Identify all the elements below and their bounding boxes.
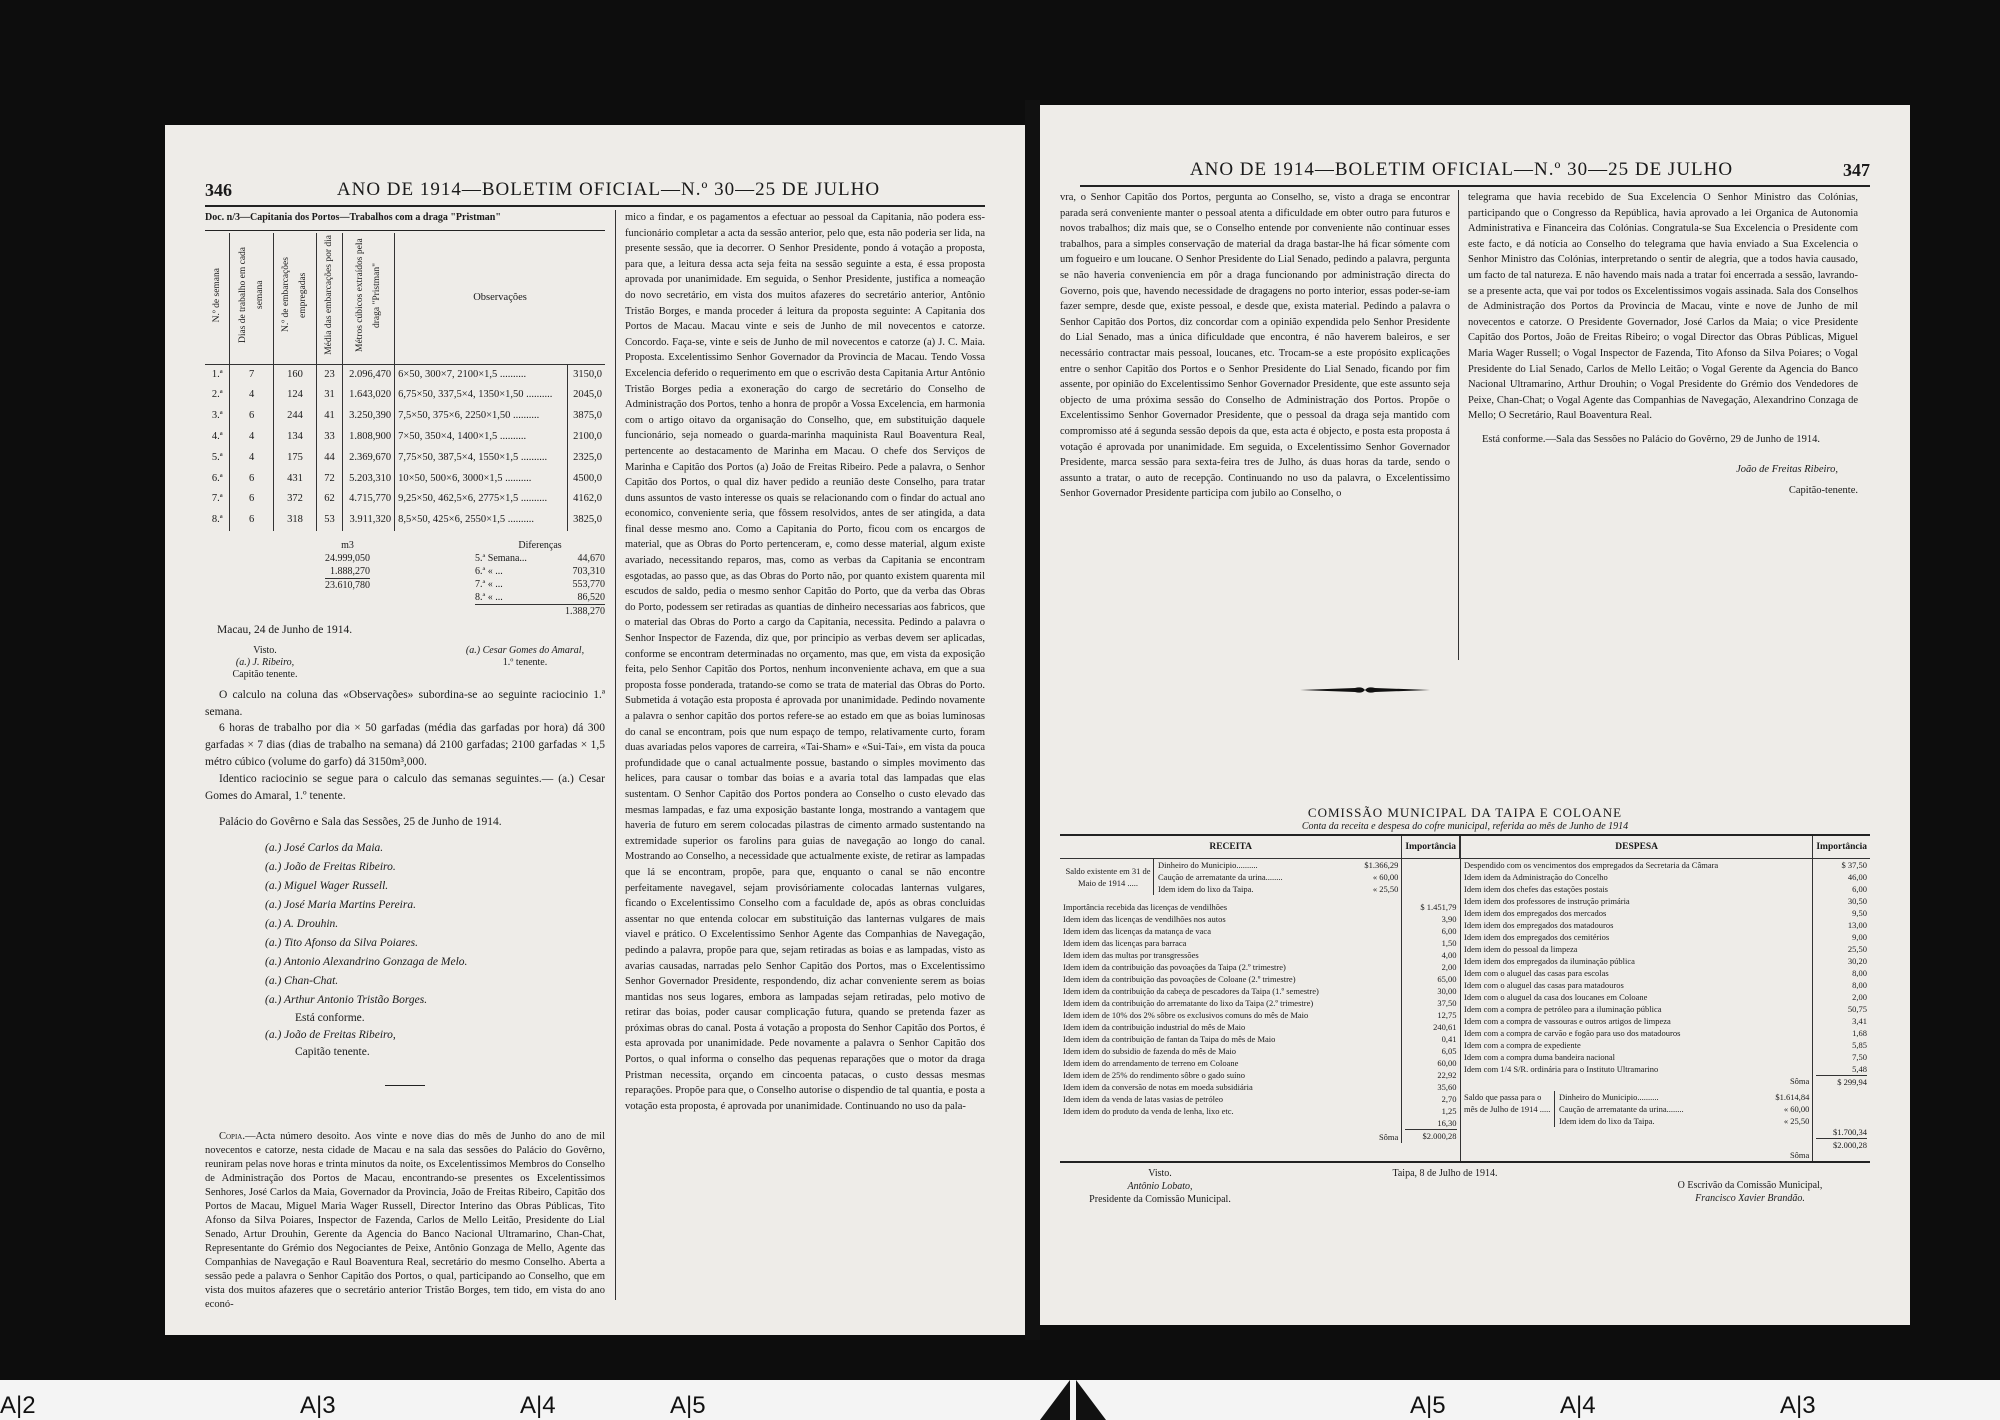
calc-note: O calculo na coluna das «Observações» su… — [205, 687, 605, 805]
right-page-col1: vra, o Senhor Capitão dos Portos, pergun… — [1060, 190, 1450, 502]
difference-label: 7.ª « ... — [475, 578, 503, 591]
note-paragraph: 6 horas de trabalho por dia × 50 garfada… — [205, 720, 605, 770]
despesa-row-value: 7,50 — [1816, 1051, 1867, 1063]
film-mark: A|5 — [670, 1392, 706, 1420]
receita-row-label: Idem idem de 10% dos 2% sôbre os exclusi… — [1063, 1009, 1398, 1021]
receita-row-label: Idem idem da contribuição industrial do … — [1063, 1021, 1398, 1033]
signatory: (a.) José Maria Martins Pereira. — [265, 896, 605, 915]
despesa-row-label: Idem idem do pessoal da limpeza — [1464, 943, 1809, 955]
table-row: 4.ª4134331.808,9007×50, 350×4, 1400×1,5 … — [205, 427, 605, 448]
column-rule — [1458, 190, 1459, 660]
col2-conforme: Está conforme.—Sala das Sessões no Palác… — [1468, 432, 1858, 448]
final-rank: Capitão tenente. — [205, 1044, 605, 1061]
account-item: Caução de arrematante da urina........« … — [1559, 1103, 1809, 1115]
note-paragraph: Identico raciocinio se segue para o calc… — [205, 771, 605, 805]
despesa-row-value: 46,00 — [1816, 871, 1867, 883]
despesa-row-label: Idem com a compra de petróleo para a ilu… — [1464, 1003, 1809, 1015]
despesa-header: DESPESA — [1461, 836, 1813, 859]
despesa-row-label: Idem com a compra de expediente — [1464, 1039, 1809, 1051]
table-cell: 53 — [317, 510, 342, 531]
table-cell: 4 — [230, 385, 273, 406]
despesa-subtotal: $ 299,94 — [1816, 1075, 1867, 1088]
difference-label: 6.ª « ... — [475, 565, 503, 578]
section-divider — [385, 1085, 425, 1086]
despesa-row-label: Idem idem dos professores de instrução p… — [1464, 895, 1809, 907]
despesa-subtotal-label: Sôma — [1464, 1075, 1809, 1087]
table-cell: 8.ª — [205, 510, 230, 531]
totals-block: m3 24.999,050 1.888,270 23.610,780 — [325, 539, 370, 618]
account-item: Dinheiro do Municipio..........$1.614,84 — [1559, 1091, 1809, 1103]
receita-row-value: 1,25 — [1405, 1105, 1456, 1117]
film-mark: A|5 — [1410, 1392, 1446, 1420]
observation-total: 3825,0 — [567, 510, 605, 531]
author-rank: 1.º tenente. — [445, 657, 605, 669]
receita-row-value: 6,00 — [1405, 925, 1456, 937]
clerk-role: O Escrivão da Comissão Municipal, — [1630, 1179, 1870, 1192]
table-cell: 7.ª — [205, 489, 230, 510]
running-header-left: 346 ANO DE 1914—BOLETIM OFICIAL—N.º 30—2… — [205, 165, 985, 207]
table-cell: 1.808,900 — [342, 427, 394, 448]
despesa-row-value: 3,41 — [1816, 1015, 1867, 1027]
table-cell: 6 — [230, 510, 273, 531]
despesa-importancia-header: Importância — [1813, 836, 1870, 859]
note-paragraph: O calculo na coluna das «Observações» su… — [205, 687, 605, 721]
observation-cell: 8,5×50, 425×6, 2550×1,5 .......... — [395, 510, 568, 531]
table-cell: 175 — [273, 448, 316, 469]
receita-row-value: 3,90 — [1405, 913, 1456, 925]
doc-title: Doc. n/3—Capitania dos Portos—Trabalhos … — [205, 210, 605, 231]
observation-total: 3875,0 — [567, 406, 605, 427]
receita-row-value: 6,05 — [1405, 1045, 1456, 1057]
account-item-value: « 25,50 — [1784, 1115, 1810, 1127]
receita-row-label: Idem idem da contribuição das povoações … — [1063, 973, 1398, 985]
account-item-value: $1.614,84 — [1775, 1091, 1809, 1103]
difference-value: 703,310 — [573, 565, 606, 578]
receita-row-value: 65,00 — [1405, 973, 1456, 985]
account-item-value: $1.366,29 — [1364, 859, 1398, 871]
column-header-label: Média das embarcações por dia — [321, 235, 338, 355]
commission-title: COMISSÃO MUNICIPAL DA TAIPA E COLOANE — [1060, 805, 1870, 821]
column-header: N.º de embarcações empregadas — [273, 233, 316, 364]
table-cell: 6 — [230, 406, 273, 427]
book-gutter — [1025, 100, 1040, 1340]
account-item-label: Caução de arrematante da urina........ — [1559, 1103, 1684, 1115]
receita-row-label: Idem idem de 25% do rendimento sôbre o g… — [1063, 1069, 1398, 1081]
difference-row: 7.ª « ...553,770 — [475, 578, 605, 591]
difference-value: 44,670 — [578, 552, 606, 565]
copia-text: —Acta número desoito. Aos vinte e nove d… — [205, 1131, 605, 1310]
table-cell: 1.ª — [205, 364, 230, 385]
observation-total: 4500,0 — [567, 469, 605, 490]
receita-row-value: $ 1.451,79 — [1405, 901, 1456, 913]
table-cell: 2.ª — [205, 385, 230, 406]
running-header-right: ANO DE 1914—BOLETIM OFICIAL—N.º 30—25 DE… — [1080, 145, 1870, 187]
receita-row-value: 37,50 — [1405, 997, 1456, 1009]
receita-row-label: Idem idem da conversão de notas em moeda… — [1063, 1081, 1398, 1093]
account-item-label: Dinheiro do Municipio.......... — [1559, 1091, 1659, 1103]
differences-title: Diferenças — [475, 539, 605, 552]
film-mark: A|3 — [300, 1392, 336, 1420]
account-item: Idem idem do lixo da Taipa.« 25,50 — [1158, 883, 1398, 895]
visto-rank: Capitão tenente. — [205, 669, 325, 681]
table-cell: 124 — [273, 385, 316, 406]
table-cell: 1.643,020 — [342, 385, 394, 406]
commission-subtitle: Conta da receita e despesa do cofre muni… — [1060, 821, 1870, 836]
receita-row-value: 2,70 — [1405, 1093, 1456, 1105]
receita-row-label: Idem idem da contribuição da cabeça de p… — [1063, 985, 1398, 997]
despesa-row-label: Idem com o aluguel da casa dos loucanes … — [1464, 991, 1809, 1003]
column-header: Dias de trabalho em cada semana — [230, 233, 273, 364]
saldo-label: Saldo existente em 31 de Maio de 1914 ..… — [1063, 859, 1153, 895]
table-cell: 2.369,670 — [342, 448, 394, 469]
receita-row-value: 35,60 — [1405, 1081, 1456, 1093]
despesa-row-label: Idem com o aluguel das casas para escola… — [1464, 967, 1809, 979]
observation-cell: 6,75×50, 337,5×4, 1350×1,50 .......... — [395, 385, 568, 406]
despesa-total-label: Sôma — [1464, 1149, 1809, 1161]
despesa-row-label: Despendido com os vencimentos dos empreg… — [1464, 859, 1809, 871]
ornament-divider — [1300, 685, 1430, 695]
receita-row-label: Idem idem do produto da venda de lenha, … — [1063, 1105, 1398, 1117]
final-signature: (a.) João de Freitas Ribeiro, — [205, 1027, 605, 1044]
account-item-value: « 25,50 — [1373, 883, 1399, 895]
table-cell: 5.ª — [205, 448, 230, 469]
difference-value: 553,770 — [573, 578, 606, 591]
column-header-label: Dias de trabalho em cada semana — [235, 235, 269, 355]
clerk-sig: Francisco Xavier Brandão. — [1630, 1192, 1870, 1205]
signatory: (a.) José Carlos da Maia. — [265, 839, 605, 858]
table-cell: 62 — [317, 489, 342, 510]
receita-row-value: 22,92 — [1405, 1069, 1456, 1081]
difference-row: 8.ª « ...86,520 — [475, 591, 605, 604]
despesa-row-label: Idem idem dos empregados da iluminação p… — [1464, 955, 1809, 967]
observation-cell: 10×50, 500×6, 3000×1,5 .......... — [395, 469, 568, 490]
despesa-row-value: $ 37,50 — [1816, 859, 1867, 871]
despesa-row-label: Idem com a compra duma bandeira nacional — [1464, 1051, 1809, 1063]
right-page-col2: telegrama que havia recebido de Sua Exce… — [1468, 190, 1858, 499]
despesa-row-value: 9,50 — [1816, 907, 1867, 919]
receita-row-label: Idem idem das licenças de vendilhões nos… — [1063, 913, 1398, 925]
table-row: 1.ª7160232.096,4706×50, 300×7, 2100×1,5 … — [205, 364, 605, 385]
column-header-label: Métros cúbicos extraídos pela draga "Pri… — [352, 235, 386, 355]
film-mark: A|4 — [520, 1392, 556, 1420]
film-mark: A|2 — [0, 1392, 36, 1420]
table-cell: 134 — [273, 427, 316, 448]
despesa-row-value: 5,85 — [1816, 1039, 1867, 1051]
account-item-label: Idem idem do lixo da Taipa. — [1158, 883, 1254, 895]
table-cell: 6 — [230, 489, 273, 510]
table-cell: 33 — [317, 427, 342, 448]
difference-row: 6.ª « ...703,310 — [475, 565, 605, 578]
signatory: (a.) Arthur Antonio Tristão Borges. — [265, 991, 605, 1010]
receita-row-value: 2,00 — [1405, 961, 1456, 973]
totals-minus: 1.888,270 — [325, 565, 370, 579]
film-strip: A|2A|3A|4A|5A|5A|4A|3 — [0, 1380, 2000, 1420]
table-cell: 2.096,470 — [342, 364, 394, 385]
difference-label: 5.ª Semana... — [475, 552, 527, 565]
receita-row-value: 30,00 — [1405, 985, 1456, 997]
running-title: ANO DE 1914—BOLETIM OFICIAL—N.º 30—25 DE… — [1080, 159, 1843, 181]
signatory: (a.) Chan-Chat. — [265, 972, 605, 991]
account-item-value: « 60,00 — [1784, 1103, 1810, 1115]
despesa-row-value: 50,75 — [1816, 1003, 1867, 1015]
place-date: Macau, 24 de Junho de 1914. — [205, 622, 605, 639]
despesa-row-label: Idem com 1/4 S/R. ordinária para o Insti… — [1464, 1063, 1809, 1075]
account-item: Dinheiro do Municipio..........$1.366,29 — [1158, 859, 1398, 871]
left-column: Doc. n/3—Capitania dos Portos—Trabalhos … — [205, 210, 605, 1312]
despesa-row-value: 2,00 — [1816, 991, 1867, 1003]
table-cell: 44 — [317, 448, 342, 469]
table-cell: 5.203,310 — [342, 469, 394, 490]
left-page: 346 ANO DE 1914—BOLETIM OFICIAL—N.º 30—2… — [165, 125, 1025, 1335]
column-header: Métros cúbicos extraídos pela draga "Pri… — [342, 233, 394, 364]
column-header: Média das embarcações por dia — [317, 233, 342, 364]
receita-row-label: Idem idem da contribuição das povoações … — [1063, 961, 1398, 973]
fin-visto-role: Presidente da Comissão Municipal. — [1060, 1193, 1260, 1206]
visto-signature: (a.) J. Ribeiro, — [205, 657, 325, 669]
film-mark: A|4 — [1560, 1392, 1596, 1420]
table-cell: 31 — [317, 385, 342, 406]
observation-cell: 7×50, 350×4, 1400×1,5 .......... — [395, 427, 568, 448]
table-row: 7.ª6372624.715,7709,25×50, 462,5×6, 2775… — [205, 489, 605, 510]
signatory: (a.) João de Freitas Ribeiro. — [265, 858, 605, 877]
table-cell: 4 — [230, 427, 273, 448]
despesa-row-value: 1,68 — [1816, 1027, 1867, 1039]
receita-row-label: Idem idem das multas por transgressões — [1063, 949, 1398, 961]
despesa-row-label: Idem com a compra de vassouras e outros … — [1464, 1015, 1809, 1027]
despesa-row-value: 25,50 — [1816, 943, 1867, 955]
account-item: Idem idem do lixo da Taipa.« 25,50 — [1559, 1115, 1809, 1127]
table-cell: 4 — [230, 448, 273, 469]
table-row: 6.ª6431725.203,31010×50, 500×6, 3000×1,5… — [205, 469, 605, 490]
visto-label: Visto. — [205, 645, 325, 657]
table-cell: 3.911,320 — [342, 510, 394, 531]
table-row: 5.ª4175442.369,6707,75×50, 387,5×4, 1550… — [205, 448, 605, 469]
right-page: ANO DE 1914—BOLETIM OFICIAL—N.º 30—25 DE… — [1040, 105, 1910, 1325]
observation-total: 2045,0 — [567, 385, 605, 406]
account-item-value: « 60,00 — [1373, 871, 1399, 883]
col2-signature: João de Freitas Ribeiro, — [1468, 462, 1858, 478]
receita-row-label — [1063, 1117, 1398, 1129]
despesa-row-label: Idem idem da Administração do Concelho — [1464, 871, 1809, 883]
differences-total: 1.388,270 — [475, 604, 605, 618]
despesa-row-label: Idem idem dos empregados dos cemitérios — [1464, 931, 1809, 943]
table-cell: 23 — [317, 364, 342, 385]
saldo-next-label: Saldo que passa para o mês de Julho de 1… — [1464, 1091, 1554, 1127]
receita-row-label: Idem idem da contribuição de fantan da T… — [1063, 1033, 1398, 1045]
despesa-total: $2.000,28 — [1816, 1138, 1867, 1151]
despesa-row-value: 9,00 — [1816, 931, 1867, 943]
fin-visto-sig: Antônio Lobato, — [1060, 1180, 1260, 1193]
running-title: ANO DE 1914—BOLETIM OFICIAL—N.º 30—25 DE… — [232, 179, 985, 201]
table-cell: 4.ª — [205, 427, 230, 448]
account-item-label: Dinheiro do Municipio.......... — [1158, 859, 1258, 871]
col2-text: telegrama que havia recebido de Sua Exce… — [1468, 190, 1858, 424]
observation-cell: 7,75×50, 387,5×4, 1550×1,5 .......... — [395, 448, 568, 469]
difference-label: 8.ª « ... — [475, 591, 503, 604]
page-number: 346 — [205, 180, 232, 201]
signatory: (a.) Antonio Alexandrino Gonzaga de Melo… — [265, 953, 605, 972]
receita-header: RECEITA — [1060, 836, 1402, 859]
table-cell: 72 — [317, 469, 342, 490]
signatory: (a.) A. Drouhin. — [265, 915, 605, 934]
despesa-row-value: 30,50 — [1816, 895, 1867, 907]
despesa-row-label: Idem idem dos chefes das estações postai… — [1464, 883, 1809, 895]
observation-total: 4162,0 — [567, 489, 605, 510]
receita-row-value: 16,30 — [1405, 1117, 1456, 1129]
receita-total: $2.000,28 — [1405, 1129, 1456, 1142]
table-cell: 318 — [273, 510, 316, 531]
difference-value: 86,520 — [578, 591, 606, 604]
right-column: mico a findar, e os pagamentos a efectua… — [625, 210, 985, 1114]
signatory: (a.) Miguel Wager Russell. — [265, 877, 605, 896]
receita-importancia-header: Importância — [1402, 836, 1460, 859]
commission-accounts: COMISSÃO MUNICIPAL DA TAIPA E COLOANE Co… — [1060, 805, 1870, 1206]
column-header-label: N.º de semana — [209, 268, 226, 322]
despesa-row-value: 5,48 — [1816, 1063, 1867, 1075]
table-cell: 431 — [273, 469, 316, 490]
totals-result: 23.610,780 — [325, 579, 370, 592]
observation-total: 2100,0 — [567, 427, 605, 448]
col2-rank: Capitão-tenente. — [1468, 483, 1858, 499]
despesa-row-value: 8,00 — [1816, 979, 1867, 991]
copia-paragraph: Copia.—Acta número desoito. Aos vinte e … — [205, 1130, 605, 1312]
center-arrow-icon — [1030, 1380, 1120, 1420]
receita-row-value: 60,00 — [1405, 1057, 1456, 1069]
receita-total-label: Sôma — [1063, 1131, 1398, 1143]
receita-row-value: 1,50 — [1405, 937, 1456, 949]
receita-row-value: 240,61 — [1405, 1021, 1456, 1033]
difference-row: 5.ª Semana...44,670 — [475, 552, 605, 565]
totals-sum: 24.999,050 — [325, 552, 370, 565]
palace-line: Palácio do Govêrno e Sala das Sessões, 2… — [205, 814, 605, 831]
account-item: Caução de arrematante da urina........« … — [1158, 871, 1398, 883]
fin-visto: Visto. — [1060, 1167, 1260, 1180]
table-cell: 4.715,770 — [342, 489, 394, 510]
table-cell: 7 — [230, 364, 273, 385]
fin-place-date: Taipa, 8 de Julho de 1914. — [1392, 1167, 1497, 1206]
column-header: Observações — [395, 233, 605, 364]
account-item-label: Idem idem do lixo da Taipa. — [1559, 1115, 1655, 1127]
column-header-label: N.º de embarcações empregadas — [278, 235, 312, 355]
author-signature: (a.) Cesar Gomes do Amaral, — [445, 645, 605, 657]
despesa-row-value: 13,00 — [1816, 919, 1867, 931]
account-item-label: Caução de arrematante da urina........ — [1158, 871, 1283, 883]
receita-row-label: Idem idem das licenças para barraca — [1063, 937, 1398, 949]
despesa-row-value: 6,00 — [1816, 883, 1867, 895]
film-mark: A|3 — [1780, 1392, 1816, 1420]
receita-row-label: Idem idem do arrendamento de terreno em … — [1063, 1057, 1398, 1069]
page-number: 347 — [1843, 160, 1870, 181]
receita-row-label: Idem idem do subsidio de fazenda do mês … — [1063, 1045, 1398, 1057]
receita-row-label: Idem idem das licenças da matança de vac… — [1063, 925, 1398, 937]
despesa-row-label: Idem idem dos empregados dos mercados — [1464, 907, 1809, 919]
receita-row-label: Idem idem da contribuição do arrematante… — [1063, 997, 1398, 1009]
despesa-row-value: 30,20 — [1816, 955, 1867, 967]
observation-total: 2325,0 — [567, 448, 605, 469]
observation-cell: 6×50, 300×7, 2100×1,5 .......... — [395, 364, 568, 385]
esta-conforme: Está conforme. — [205, 1010, 605, 1027]
saldo-next-total: $1.700,34 — [1816, 1126, 1867, 1138]
dredge-table: N.º de semanaDias de trabalho em cada se… — [205, 233, 605, 531]
despesa-row-label: Idem com o aluguel das casas para matado… — [1464, 979, 1809, 991]
despesa-row-label: Idem idem dos empregados dos matadouros — [1464, 919, 1809, 931]
receita-row-value: 0,41 — [1405, 1033, 1456, 1045]
table-cell: 41 — [317, 406, 342, 427]
table-cell: 6 — [230, 469, 273, 490]
copia-label: Copia. — [219, 1131, 245, 1142]
receita-row-label: Idem idem da venda de latas vasias de pe… — [1063, 1093, 1398, 1105]
table-cell: 244 — [273, 406, 316, 427]
column-header: N.º de semana — [205, 233, 230, 364]
observation-cell: 9,25×50, 462,5×6, 2775×1,5 .......... — [395, 489, 568, 510]
table-row: 2.ª4124311.643,0206,75×50, 337,5×4, 1350… — [205, 385, 605, 406]
receita-row-value: 12,75 — [1405, 1009, 1456, 1021]
column-rule — [615, 210, 616, 1300]
table-row: 8.ª6318533.911,3208,5×50, 425×6, 2550×1,… — [205, 510, 605, 531]
table-cell: 6.ª — [205, 469, 230, 490]
table-cell: 372 — [273, 489, 316, 510]
observation-total: 3150,0 — [567, 364, 605, 385]
receita-row-label: Importância recebida das licenças de ven… — [1063, 901, 1398, 913]
table-cell: 160 — [273, 364, 316, 385]
signatory: (a.) Tito Afonso da Silva Poiares. — [265, 934, 605, 953]
despesa-row-label: Idem com a compra de carvão e fogão para… — [1464, 1027, 1809, 1039]
receita-row-value: 4,00 — [1405, 949, 1456, 961]
signatories-list: (a.) José Carlos da Maia.(a.) João de Fr… — [205, 839, 605, 1010]
table-cell: 3.ª — [205, 406, 230, 427]
table-cell: 3.250,390 — [342, 406, 394, 427]
observation-cell: 7,5×50, 375×6, 2250×1,50 .......... — [395, 406, 568, 427]
table-row: 3.ª6244413.250,3907,5×50, 375×6, 2250×1,… — [205, 406, 605, 427]
despesa-row-value: 8,00 — [1816, 967, 1867, 979]
totals-unit: m3 — [325, 539, 370, 552]
differences-block: Diferenças 5.ª Semana...44,6706.ª « ...7… — [475, 539, 605, 618]
